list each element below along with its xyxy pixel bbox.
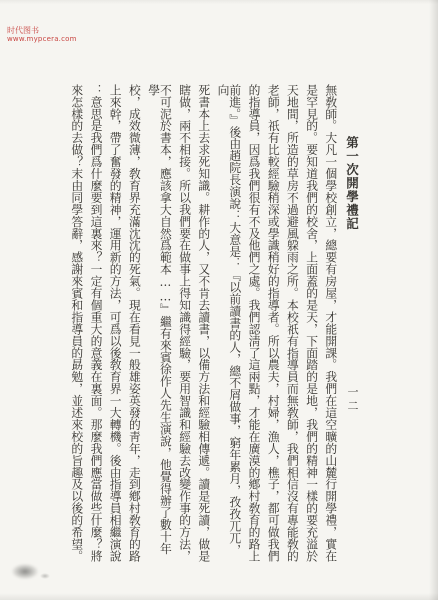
scanner-watermark: 时代图书 www.mypcera.com — [7, 26, 77, 44]
text-column-13: 來怎樣的去做？末由同學答辭，感謝來賓和指導員的勗勉，並述來校的旨趣及以後的希望。 — [70, 84, 82, 566]
text-column-12: ：意思是我們爲什麼要到這裏來？一定有個重大的意義在裏面。那麼我們應當做些什麼？將 — [89, 84, 101, 566]
page-number: 一二 — [347, 386, 358, 426]
scan-edge-shadow-right — [429, 0, 438, 600]
scan-smudge-small — [40, 573, 50, 579]
book-page-scan: 时代图书 www.mypcera.com 第一次開學禮記 一二 無敎師。大凡一個… — [0, 0, 438, 600]
text-column-10: 校，成效微薄，敎育界充滿沈沈的死氣。現在看見一般雄姿英發的靑年，走到鄕村敎育的路 — [128, 84, 140, 566]
text-column-3: 天地間，所造的草房不過避風躱雨之所。本校祇有指導員而無敎師，我們相信沒有專能敎的 — [286, 84, 298, 566]
text-column-6: 前進。』後由趙院長演說：大意是：『以前讀書的人，總不屑做事，窮年累月，孜孜兀兀，… — [216, 84, 240, 566]
text-column-4: 老師，祇有比較經驗稍深或學識稍好的指導者。所以農夫，村婦，漁人，樵子，都可做我們 — [266, 84, 278, 566]
watermark-publisher: 时代图书 — [7, 26, 77, 35]
text-column-5: 的指導員，因爲我們很有不及他們之處。我們認淸了這兩點，才能在廣漠的鄕村敎育的路上 — [247, 84, 259, 566]
chapter-title: 第一次開學禮記 — [345, 136, 358, 246]
text-column-11: 上來幹，帶了奮發的精神，運用新的方法，可爲以後敎育界一大轉機。後由指導員相繼演說 — [108, 84, 120, 566]
text-column-2: 是罕見的。要知道我們的校舍，上面蓋的是天，下面踏的是地，我們的精神一樣的要充溢於 — [305, 84, 317, 566]
scan-smudge — [12, 564, 38, 579]
text-column-9: 不可泥於書本，應該拿大自然爲範本……』繼有來賓徐作人先生演說，他覺得辦了數十年學 — [147, 84, 171, 566]
text-column-1: 無敎師。大凡一個學校創立，總要有房屋，才能開課。我們在這空曠的山麓行開學禮，實在 — [324, 84, 336, 566]
scan-edge-shadow-bottom — [0, 593, 438, 600]
watermark-url: www.mypcera.com — [7, 35, 77, 44]
text-column-8: 瞎做，兩不相接。所以我們要在做事上得知識得經驗，要用智識和經驗去改變作事的方法， — [178, 84, 190, 566]
scan-edge-shadow-top — [0, 0, 438, 4]
body-text-block: 無敎師。大凡一個學校創立，總要有房屋，才能開課。我們在這空曠的山麓行開學禮，實在… — [70, 84, 336, 566]
text-column-7: 死書本上去求死知識。耕作的人，又不肯去讀書，以備方法和經驗相傳遞。讀是死讀，做是 — [197, 84, 209, 566]
